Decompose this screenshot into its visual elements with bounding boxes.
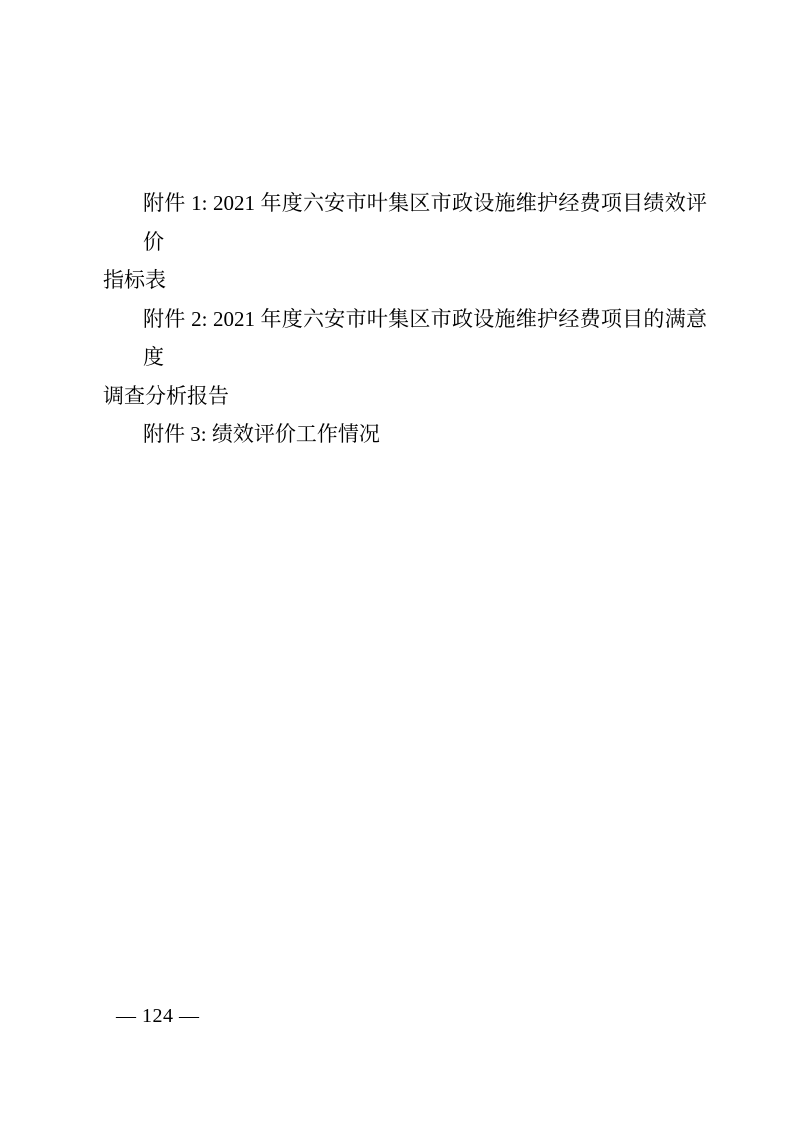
document-page: 附件 1: 2021 年度六安市叶集区市政设施维护经费项目绩效评价 指标表 附件… — [0, 0, 793, 1122]
attachment-2-ref-line-2: 调查分析报告 — [103, 377, 707, 416]
attachment-1-ref-line-2: 指标表 — [103, 261, 707, 300]
page-number: — 124 — — [116, 1003, 200, 1029]
attachment-2-ref-line-1: 附件 2: 2021 年度六安市叶集区市政设施维护经费项目的满意度 — [103, 300, 707, 377]
attachment-3-ref-line: 附件 3: 绩效评价工作情况 — [103, 415, 707, 454]
attachment-list: 附件 1: 2021 年度六安市叶集区市政设施维护经费项目绩效评价 指标表 附件… — [103, 184, 707, 454]
attachment-1-ref-line-1: 附件 1: 2021 年度六安市叶集区市政设施维护经费项目绩效评价 — [103, 184, 707, 261]
